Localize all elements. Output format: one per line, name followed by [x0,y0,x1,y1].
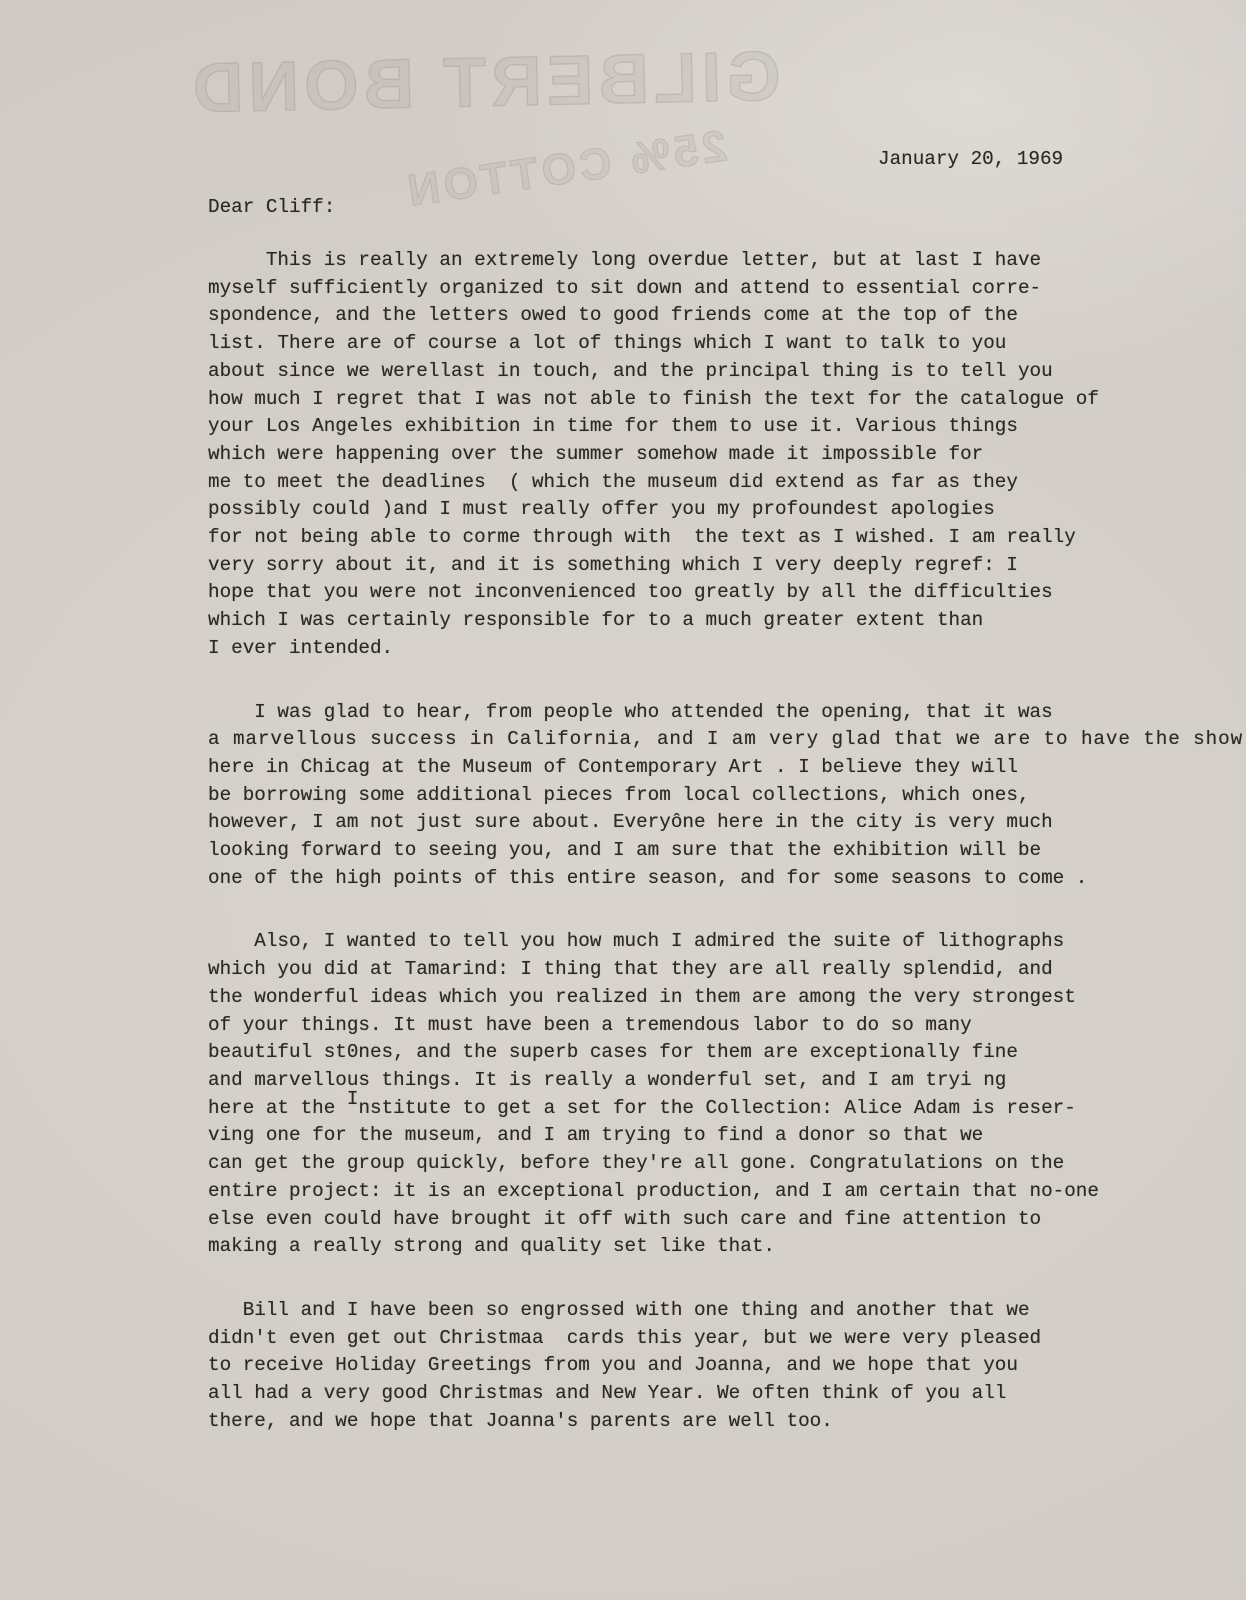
watermark-cotton-text: 25% COTTON [401,121,730,217]
letter-line: one of the high points of this entire se… [208,865,1246,893]
letter-line: be borrowing some additional pieces from… [208,782,1246,810]
letter-line: This is really an extremely long overdue… [208,247,1246,275]
letter-line: your Los Angeles exhibition in time for … [208,413,1246,441]
paper-watermark: GILBERT BOND 25% COTTON [183,36,786,203]
letter-line: for not being able to corme through with… [208,524,1246,552]
letter-line: and marvellous things. It is really a wo… [208,1067,1246,1095]
letter-line: about since we werellast in touch, and t… [208,358,1246,386]
letter-line: Also, I wanted to tell you how much I ad… [208,928,1246,956]
salutation: Dear Cliff: [208,194,335,222]
letter-line: can get the group quickly, before they'r… [208,1150,1246,1178]
letter-line: possibly could )and I must really offer … [208,496,1246,524]
paragraph: This is really an extremely long overdue… [208,247,1246,663]
letter-line: me to meet the deadlines ( which the mus… [208,469,1246,497]
letter-line: which you did at Tamarind: I thing that … [208,956,1246,984]
letter-line: didn't even get out Christmaa cards this… [208,1325,1246,1353]
date-line: January 20, 1969 [878,146,1063,174]
paragraph: I was glad to hear, from people who atte… [208,699,1246,893]
letter-page: GILBERT BOND 25% COTTON January 20, 1969… [0,0,1246,1600]
letter-line: to receive Holiday Greetings from you an… [208,1352,1246,1380]
letter-line: here in Chicag at the Museum of Contempo… [208,754,1246,782]
letter-line: Bill and I have been so engrossed with o… [208,1297,1246,1325]
letter-line: the wonderful ideas which you realized i… [208,984,1246,1012]
letter-line: hope that you were not inconvenienced to… [208,579,1246,607]
letter-line: which I was certainly responsible for to… [208,607,1246,635]
letter-line: spondence, and the letters owed to good … [208,302,1246,330]
letter-line: how much I regret that I was not able to… [208,386,1246,414]
letter-line: beautiful st0nes, and the superb cases f… [208,1039,1246,1067]
letter-line: list. There are of course a lot of thing… [208,330,1246,358]
letter-line: entire project: it is an exceptional pro… [208,1178,1246,1206]
watermark-brand-text: GILBERT BOND [183,36,785,129]
letter-line: else even could have brought it off with… [208,1206,1246,1234]
letter-line: I ever intended. [208,635,1246,663]
raised-letter: I [347,1088,359,1110]
letter-line: here at the Institute to get a set for t… [208,1095,1246,1123]
letter-line: ving one for the museum, and I am trying… [208,1122,1246,1150]
paragraph: Bill and I have been so engrossed with o… [208,1297,1246,1436]
letter-line: making a really strong and quality set l… [208,1233,1246,1261]
letter-body: This is really an extremely long overdue… [208,247,1246,1435]
letter-line: however, I am not just sure about. Every… [208,809,1246,837]
paragraph: Also, I wanted to tell you how much I ad… [208,928,1246,1260]
letter-line: myself sufficiently organized to sit dow… [208,275,1246,303]
letter-line: a marvellous success in California, and … [208,726,1246,754]
letter-line: of your things. It must have been a trem… [208,1012,1246,1040]
letter-line: there, and we hope that Joanna's parents… [208,1408,1246,1436]
letter-line: all had a very good Christmas and New Ye… [208,1380,1246,1408]
letter-line: very sorry about it, and it is something… [208,552,1246,580]
letter-line: I was glad to hear, from people who atte… [208,699,1246,727]
letter-line: which were happening over the summer som… [208,441,1246,469]
letter-line: looking forward to seeing you, and I am … [208,837,1246,865]
